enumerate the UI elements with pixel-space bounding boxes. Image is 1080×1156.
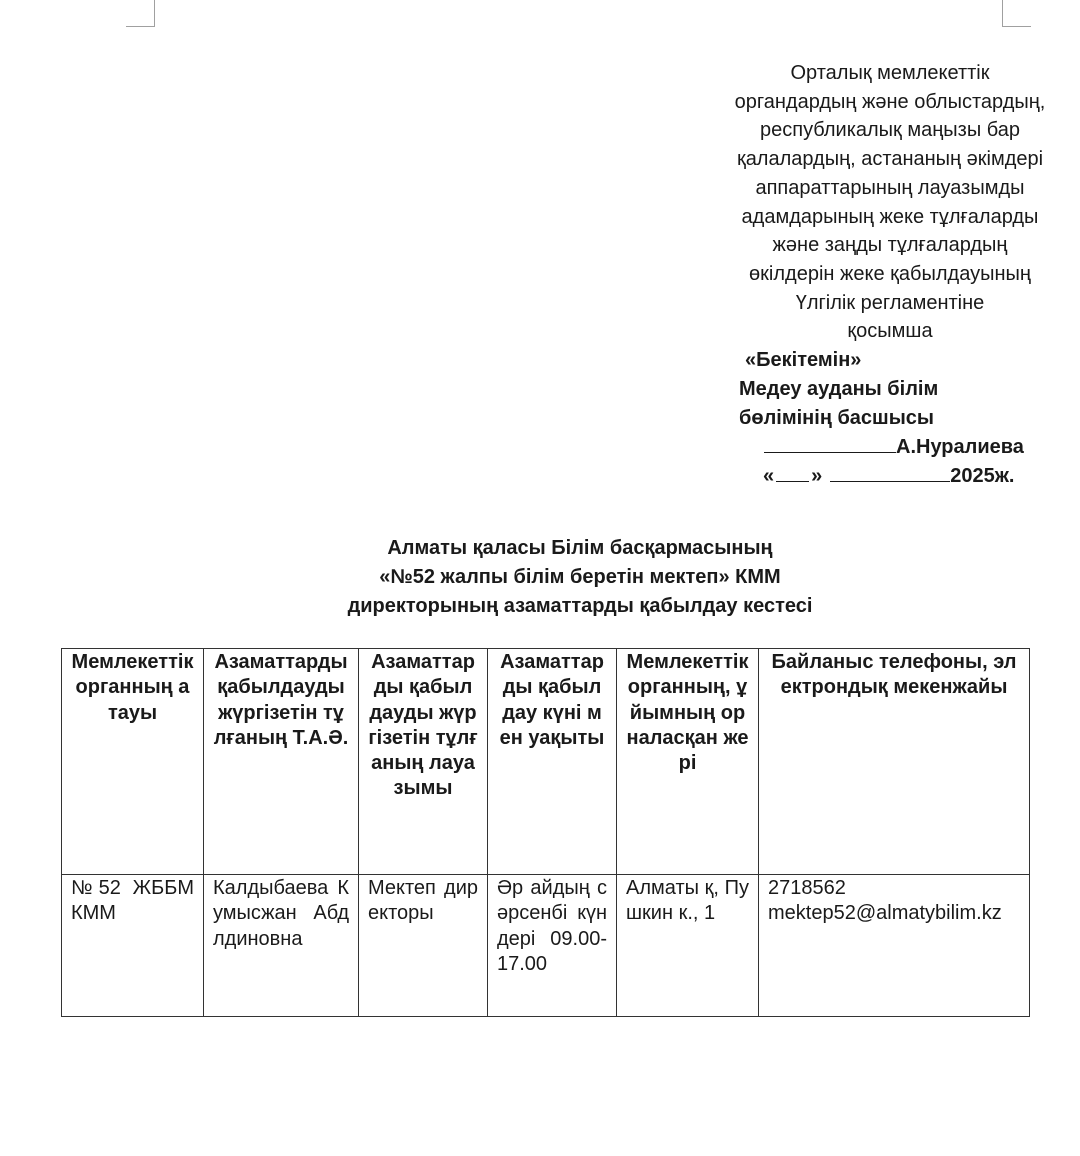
cell-schedule: Әр айдың сәрсенбі күндері 09.00-17.00 bbox=[488, 875, 617, 1017]
appendix-line: аппараттарының лауазымды bbox=[700, 174, 1080, 203]
cell-location: Алматы қ, Пушкин к., 1 bbox=[617, 875, 759, 1017]
appendix-line: Орталық мемлекеттік bbox=[700, 59, 1080, 88]
signatory-name: А.Нуралиева bbox=[896, 436, 1024, 458]
cell-position: Мектеп директоры bbox=[359, 875, 488, 1017]
approver-position-line2: бөлімінің басшысы bbox=[739, 404, 1039, 433]
table-header-row: Мемлекеттік органның атауы Азаматтарды қ… bbox=[62, 649, 1030, 875]
title-line-2: «№52 жалпы білім беретін мектеп» КММ bbox=[300, 563, 860, 592]
appendix-note: Орталық мемлекеттік органдардың және обл… bbox=[700, 59, 1080, 346]
cell-contacts: 2718562 mektep52@almatybilim.kz bbox=[759, 875, 1030, 1017]
appendix-line: өкілдерін жеке қабылдауының bbox=[700, 260, 1080, 289]
page-corner-mark-top-right bbox=[1002, 0, 1031, 27]
date-open-quote: « bbox=[763, 465, 774, 487]
appendix-line: республикалық маңызы бар bbox=[700, 116, 1080, 145]
appendix-line: және заңды тұлғалардың bbox=[700, 231, 1080, 260]
signature-blank bbox=[764, 434, 896, 453]
approver-position-line1: Медеу ауданы білім bbox=[739, 375, 1039, 404]
appendix-line: Үлгілік регламентіне bbox=[700, 289, 1080, 318]
contact-email[interactable]: mektep52@almatybilim.kz bbox=[768, 901, 1020, 926]
date-year: 2025ж. bbox=[950, 465, 1014, 487]
title-line-3: директорының азаматтарды қабылдау кестес… bbox=[300, 592, 860, 621]
signature-row: А.Нуралиева bbox=[739, 433, 1039, 462]
header-contacts: Байланыс телефоны, электрондық мекенжайы bbox=[759, 649, 1030, 875]
header-person-name: Азаматтарды қабылдауды жүргізетін тұлған… bbox=[204, 649, 359, 875]
day-blank bbox=[776, 463, 809, 482]
date-close-quote: » bbox=[811, 465, 822, 487]
contact-phone: 2718562 bbox=[768, 876, 1020, 901]
appendix-line: органдардың және облыстардың, bbox=[700, 88, 1080, 117]
date-row: «»2025ж. bbox=[739, 462, 1039, 491]
document-title: Алматы қаласы Білім басқармасының «№52 ж… bbox=[300, 534, 860, 621]
approve-label: «Бекітемін» bbox=[739, 346, 1039, 375]
reception-schedule-table: Мемлекеттік органның атауы Азаматтарды қ… bbox=[61, 648, 1030, 1017]
month-blank bbox=[830, 463, 950, 482]
appendix-line: қалалардың, астананың әкімдері bbox=[700, 145, 1080, 174]
appendix-line: қосымша bbox=[700, 317, 1080, 346]
header-person-position: Азаматтарды қабылдауды жүргізетін тұлған… bbox=[359, 649, 488, 875]
page-corner-mark-top-left bbox=[126, 0, 155, 27]
title-line-1: Алматы қаласы Білім басқармасының bbox=[300, 534, 860, 563]
approval-block: «Бекітемін» Медеу ауданы білім бөлімінің… bbox=[739, 346, 1039, 491]
header-reception-datetime: Азаматтарды қабылдау күні мен уақыты bbox=[488, 649, 617, 875]
appendix-line: адамдарының жеке тұлғаларды bbox=[700, 203, 1080, 232]
header-location: Мемлекеттік органның, ұйымның орналасқан… bbox=[617, 649, 759, 875]
cell-organ: №52 ЖББМ КММ bbox=[62, 875, 204, 1017]
cell-person: Калдыбаева Кумысжан Абдлдиновна bbox=[204, 875, 359, 1017]
header-organ-name: Мемлекеттік органның атауы bbox=[62, 649, 204, 875]
table-row: №52 ЖББМ КММ Калдыбаева Кумысжан Абдлдин… bbox=[62, 875, 1030, 1017]
